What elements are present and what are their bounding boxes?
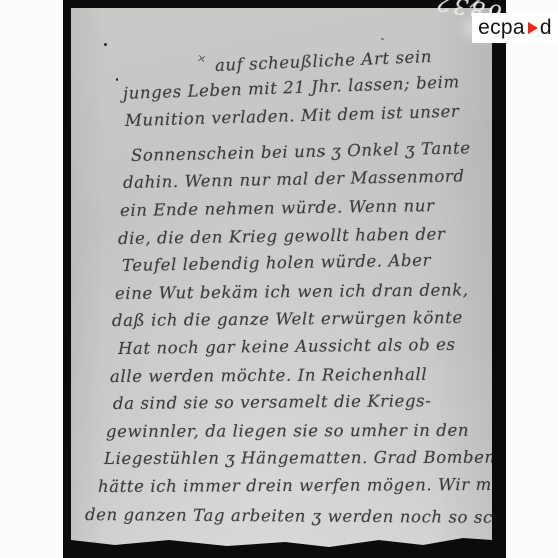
letter-line: gewinnler, da liegen sie so umher in den — [106, 416, 492, 445]
ecpad-logo-text-left: ecpa — [478, 16, 525, 40]
logo-arrow-icon — [528, 22, 538, 34]
letter-line: eine Wut bekäm ich wen ich dran denk, — [115, 276, 492, 308]
letter-line: ein Ende nehmen würde. Wenn nur — [120, 191, 492, 224]
paper-scuff: ::: — [91, 540, 100, 547]
letter-line: alle werden möchte. In Reichenhall — [110, 360, 492, 390]
letter-line: den ganzen Tag arbeiten ʒ werden noch so… — [85, 501, 492, 531]
dust-speck — [116, 78, 118, 81]
dust-speck — [323, 153, 325, 155]
letter-line: Teufel lebendig holen würde. Aber — [122, 246, 492, 280]
letter-line: Hat noch gar keine Aussicht als ob es — [118, 330, 492, 362]
letter-body: auf scheußliche Art sein junges Leben mi… — [71, 52, 492, 528]
letter-line: Liegestühlen ʒ Hängematten. Grad Bomben — [104, 444, 492, 473]
dust-speck — [381, 38, 384, 40]
letter-line: da sind sie so versamelt die Kriegs- — [113, 387, 492, 418]
ecpad-logo-text-right: d — [540, 16, 552, 40]
photo-print: auf scheußliche Art sein junges Leben mi… — [63, 0, 506, 558]
letter-line: hätte ich immer drein werfen mögen. Wir … — [98, 471, 492, 501]
letter-paper: auf scheußliche Art sein junges Leben mi… — [71, 8, 492, 553]
scanned-photo-page: auf scheußliche Art sein junges Leben mi… — [0, 0, 558, 558]
ecpad-watermark: ecpa d — [472, 13, 558, 43]
dust-speck — [104, 43, 107, 46]
